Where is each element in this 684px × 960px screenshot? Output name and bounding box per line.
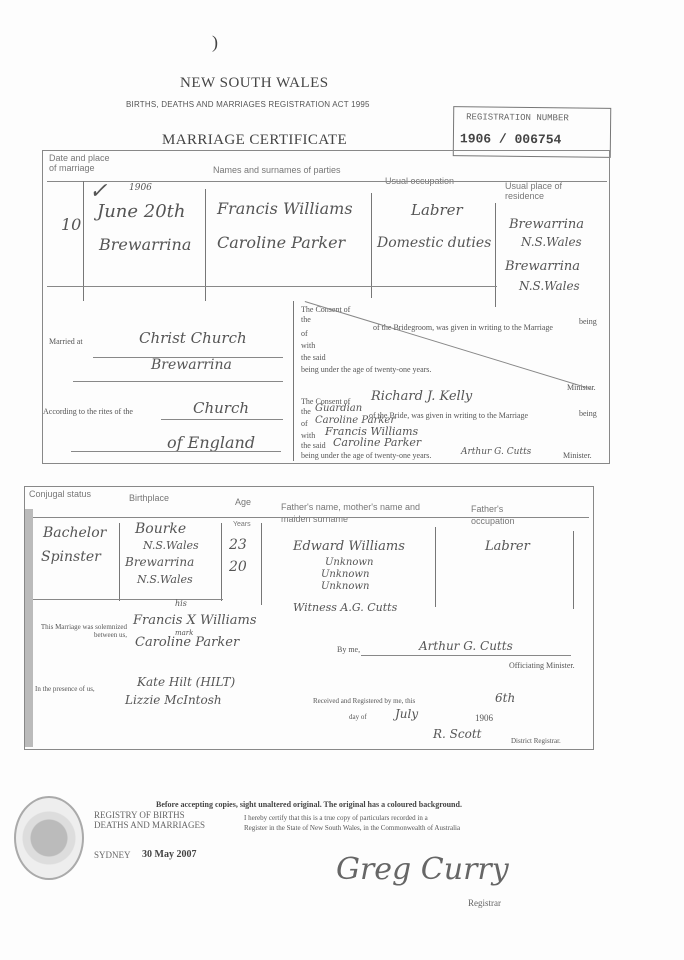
consent1-said: the said	[301, 353, 326, 362]
header-date-place: Date and place of marriage	[49, 153, 119, 173]
bride-age: 20	[229, 559, 247, 575]
consent-giver: Richard J. Kelly	[371, 389, 472, 404]
groom-birthplace-1: Bourke	[135, 521, 186, 537]
groom-occupation: Labrer	[411, 201, 463, 219]
father-occupation: Labrer	[485, 539, 530, 554]
bride-birthplace-2: N.S.Wales	[137, 573, 193, 586]
registrar-signature-footer: Greg Curry	[336, 852, 509, 887]
received-label: Received and Registered by me, this	[313, 697, 415, 705]
consent-said-value: Caroline Parker	[333, 436, 421, 449]
marriage-place: Brewarrina	[99, 235, 191, 254]
consent-relation: Guardian	[315, 403, 362, 414]
margin-mark: )	[212, 32, 218, 53]
consent2-of: of	[301, 419, 308, 428]
married-at-value: Christ Church	[139, 329, 247, 347]
bride-status: Spinster	[41, 549, 101, 565]
header-father-occupation: Father's occupation	[471, 503, 531, 527]
city: SYDNEY	[94, 850, 131, 860]
by-me-label: By me,	[337, 645, 360, 654]
header-conjugal: Conjugal status	[29, 489, 91, 499]
header-birthplace: Birthplace	[129, 493, 169, 503]
marriage-year: 1906	[129, 183, 152, 193]
header-residence: Usual place of residence	[505, 181, 585, 201]
bride-birthplace-1: Brewarrina	[125, 555, 194, 569]
groom-status: Bachelor	[43, 525, 106, 541]
consent1-being: being	[579, 317, 597, 326]
presence-label: In the presence of us,	[35, 685, 95, 693]
consent1-underage: being under the age of twenty-one years.	[301, 365, 431, 374]
warning-text: Before accepting copies, sight unaltered…	[156, 800, 462, 809]
party2-signature: Caroline Parker	[135, 635, 239, 650]
consent2-with: with	[301, 431, 315, 440]
consent2-being: being	[579, 409, 597, 418]
registration-label: REGISTRATION NUMBER	[466, 112, 569, 123]
his-mark-top: his	[175, 599, 187, 608]
registration-day: 6th	[495, 691, 515, 705]
issue-date: 30 May 2007	[142, 849, 196, 860]
registration-month: July	[395, 707, 418, 721]
registry-seal-icon	[14, 796, 84, 880]
registration-number: 1906 / 006754	[460, 131, 562, 147]
certificate-title: MARRIAGE CERTIFICATE	[162, 132, 347, 149]
groom-birthplace-2: N.S.Wales	[143, 539, 199, 552]
officiating-label: Officiating Minister.	[509, 661, 575, 670]
parent-unknown-1: Unknown	[325, 557, 373, 568]
witness1-signature: Kate Hilt (HILT)	[137, 675, 235, 689]
marriage-date: June 20th	[97, 201, 186, 222]
registrar-label: Registrar	[468, 898, 501, 908]
consent1-with: with	[301, 341, 315, 350]
entry-number: 10	[61, 215, 81, 234]
bride-residence-2: N.S.Wales	[519, 279, 580, 293]
groom-age: 23	[229, 537, 247, 553]
consent2-minister: Minister.	[563, 451, 592, 460]
groom-name: Francis Williams	[217, 199, 353, 218]
father-name: Edward Williams	[293, 539, 405, 554]
married-at-line2: Brewarrina	[151, 357, 232, 373]
rites-line2: of England	[167, 433, 255, 452]
registry-line1: REGISTRY OF BIRTHS	[94, 810, 185, 820]
parent-unknown-3: Unknown	[321, 581, 369, 592]
header-parents: Father's name, mother's name and maiden …	[281, 501, 441, 525]
party1-signature: Francis X Williams	[133, 613, 257, 628]
rites-value: Church	[193, 399, 249, 417]
consent2-underage: being under the age of twenty-one years.	[301, 451, 431, 460]
married-at-label: Married at	[49, 337, 83, 346]
certify-line2: Register in the State of New South Wales…	[244, 824, 460, 832]
bride-residence-1: Brewarrina	[505, 259, 580, 274]
section-particulars: Conjugal status Birthplace Age Father's …	[24, 486, 594, 750]
registrar-signature: R. Scott	[433, 727, 481, 741]
certify-line1: I hereby certify that this is a true cop…	[244, 814, 428, 822]
day-of-label: day of	[349, 713, 367, 721]
district-registrar-label: District Registrar.	[511, 737, 561, 745]
section-parties: Date and place of marriage Names and sur…	[42, 150, 610, 464]
act-heading: BIRTHS, DEATHS AND MARRIAGES REGISTRATIO…	[126, 100, 370, 109]
consent2-said: the said	[301, 441, 326, 450]
witness-note: Witness A.G. Cutts	[293, 601, 397, 614]
consent1-the: the	[301, 315, 311, 324]
years-label: Years	[233, 521, 251, 528]
header-age: Age	[235, 497, 251, 507]
witness2-signature: Lizzie McIntosh	[125, 693, 222, 707]
bride-name: Caroline Parker	[217, 233, 345, 252]
consent2-the: the	[301, 407, 311, 416]
rites-label: According to the rites of the	[43, 407, 133, 416]
parent-unknown-2: Unknown	[321, 569, 369, 580]
groom-residence-2: N.S.Wales	[521, 235, 582, 249]
consent2-minister-sig: Arthur G. Cutts	[461, 447, 531, 457]
solemnized-label: This Marriage was solemnized between us,	[35, 623, 127, 639]
header-names: Names and surnames of parties	[213, 165, 341, 175]
groom-residence-1: Brewarrina	[509, 217, 584, 232]
state-heading: NEW SOUTH WALES	[180, 75, 329, 92]
registry-line2: DEATHS AND MARRIAGES	[94, 820, 205, 830]
consent1-minister: Minister.	[567, 383, 596, 392]
bride-occupation: Domestic duties	[377, 235, 491, 251]
officiant-signature: Arthur G. Cutts	[419, 639, 513, 653]
consent1-of: of	[301, 329, 308, 338]
left-shadow	[25, 509, 33, 747]
strike-line	[305, 301, 592, 390]
registration-year: 1906	[475, 713, 493, 723]
